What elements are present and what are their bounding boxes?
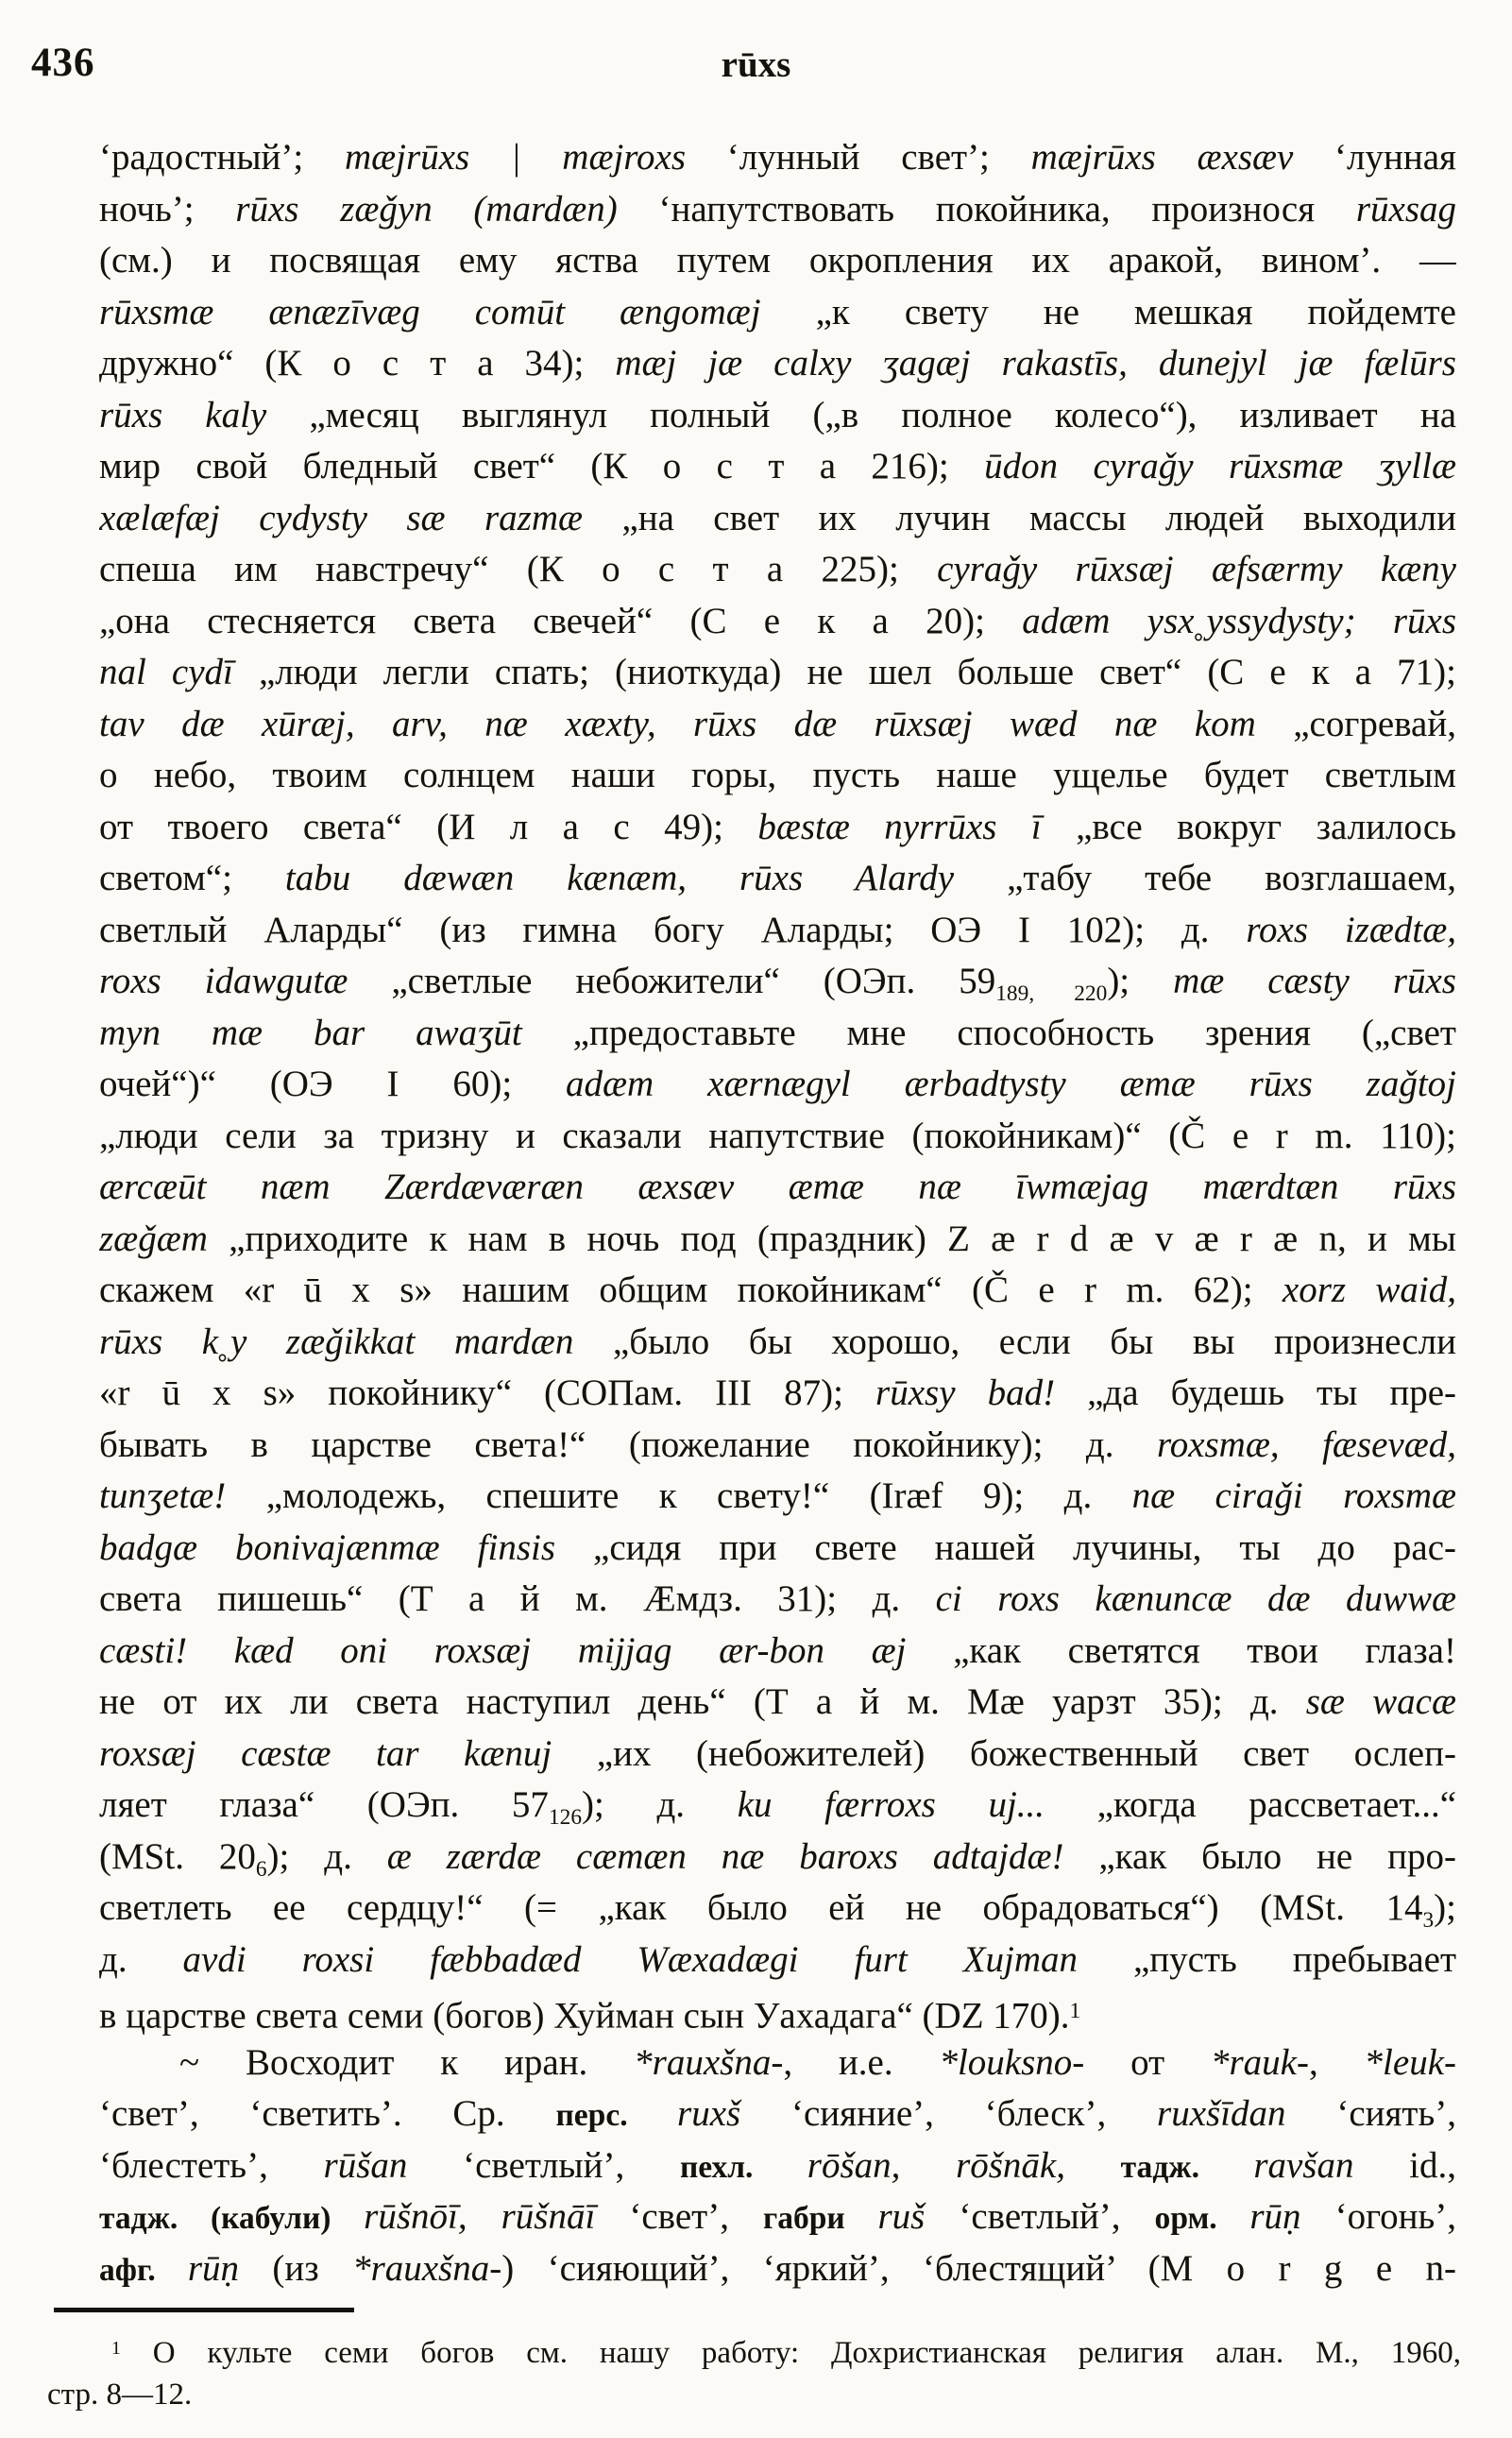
text-segment-sub: 6 <box>256 1857 267 1882</box>
text-segment-r: скажем «r ū x s» нашим общим покойникам“… <box>99 1270 1283 1310</box>
text-segment-r: „она стесняется света свечей“ (С е к а 2… <box>99 601 1022 641</box>
text-segment-i: *rauxšna- <box>352 2248 501 2289</box>
text-segment-r: (из <box>272 2248 352 2289</box>
entry-line: cæsti! kæd oni roxsæj mijjag ær-bon æj „… <box>99 1626 1456 1678</box>
entry-line: nal cydī „люди легли спать; (ниоткуда) н… <box>99 647 1456 699</box>
text-segment-r: ‘светлый’, <box>959 2196 1154 2237</box>
text-segment-i: tunʒetæ! <box>99 1475 266 1516</box>
text-segment-i: rūšnōī, rūšnāī <box>364 2196 629 2237</box>
text-segment-r: ‘блестеть’, <box>99 2145 324 2186</box>
text-segment-i: rūšan <box>324 2145 464 2186</box>
entry-line: бывать в царстве света!“ (пожелание поко… <box>99 1420 1456 1472</box>
text-segment-i: rūxs zæǧyn (mardæn) <box>235 189 658 230</box>
text-segment-r: не от их ли света наступил день“ (Т а й … <box>99 1681 1306 1722</box>
text-segment-r: ); д. <box>582 1784 738 1825</box>
entry-line: ночь’; rūxs zæǧyn (mardæn) ‘напутствоват… <box>99 184 1456 236</box>
text-segment-i: mæ cæsty rūxs <box>1173 961 1456 1001</box>
text-segment-i: adæm xærnægyl ærbadtysty æmæ rūxs zaǧtoj <box>566 1064 1456 1104</box>
text-segment-i: rūxs k˳y zæǧikkat mardæn <box>99 1321 613 1362</box>
text-segment-r: „месяц выглянул полный („в полное колесо… <box>309 395 1456 435</box>
footnote-line: 1 О культе семи богов см. нашу работу: Д… <box>47 2326 1461 2372</box>
page-number: 436 <box>31 40 95 86</box>
entry-line: д. avdi roxsi fæbbadæd Wæxadægi furt Xuj… <box>99 1935 1456 1986</box>
entry-line: ærcæūt næm Zærdæværæn æxsæv æmæ næ īwmæj… <box>99 1162 1456 1214</box>
text-segment-r: „молодежь, спешите к свету!“ (Iræf 9); д… <box>266 1475 1132 1516</box>
text-segment-i: nal cydī <box>99 652 259 692</box>
text-segment-r: очей“)“ (ОЭ I 60); <box>99 1064 566 1104</box>
text-segment-sub: 126 <box>549 1805 582 1830</box>
text-segment-r: от <box>1130 2042 1211 2083</box>
text-segment-r: ‘лунная <box>1334 137 1456 178</box>
text-segment-r: дружно“ (К о с т а 34); <box>99 343 615 384</box>
text-segment-i: ravšan <box>1253 2145 1409 2186</box>
entry-line: о небо, твоим солнцем наши горы, пусть н… <box>99 750 1456 802</box>
text-segment-r: ‘свет’, <box>629 2196 763 2237</box>
entry-line: спеша им навстречу“ (К о с т а 225); cyr… <box>99 544 1456 596</box>
text-segment-i: bæstæ nyrrūxs ī <box>757 807 1076 847</box>
footnote-separator <box>54 2308 354 2312</box>
text-segment-r: „предоставьте мне способность зрения („с… <box>573 1013 1456 1053</box>
text-segment-i: ūdon cyraǧy rūxsmæ ʒyllæ <box>984 446 1456 486</box>
text-segment-i: rūxsmæ ænæzīvæg comūt ængomæj <box>99 292 816 332</box>
text-segment-r: ‘сияние’, ‘блеск’, <box>791 2093 1157 2134</box>
text-segment-r: „как светятся твои глаза! <box>953 1630 1456 1671</box>
text-segment-r: от твоего света“ (И л а с 49); <box>99 807 757 847</box>
text-segment-r: стр. 8—12. <box>47 2378 192 2412</box>
text-segment-i: ci roxs kænuncæ dæ duwwæ <box>936 1578 1456 1619</box>
text-segment-i: ruxš <box>677 2093 791 2134</box>
text-segment-b: тадж. (кабули) <box>99 2201 364 2236</box>
text-segment-r: спеша им навстречу“ (К о с т а 225); <box>99 549 937 589</box>
text-segment-r: „сидя при свете нашей лучины, ты до рас- <box>593 1527 1456 1568</box>
text-segment-i: *rauk- <box>1211 2042 1309 2083</box>
footnote-line: стр. 8—12. <box>47 2372 1461 2418</box>
text-segment-r: ‘огонь’, <box>1335 2196 1456 2237</box>
text-segment-r: ); д. <box>267 1836 387 1877</box>
text-segment-r: „да будешь ты пре- <box>1087 1372 1456 1413</box>
text-segment-r: ‘радостный’; <box>99 137 345 178</box>
entry-line: светлый Аларды“ (из гимна богу Аларды; О… <box>99 905 1456 957</box>
footnote: 1 О культе семи богов см. нашу работу: Д… <box>47 2326 1461 2418</box>
entry-line: badgæ bonivajænmæ finsis „сидя при свете… <box>99 1523 1456 1575</box>
text-segment-r: д. <box>99 1939 183 1980</box>
entry-line: „она стесняется света свечей“ (С е к а 2… <box>99 596 1456 648</box>
text-segment-sup: 1 <box>111 2338 121 2359</box>
text-segment-r: ‘напутствовать покойника, произнося <box>659 189 1356 230</box>
entry-line: rūxs kaly „месяц выглянул полный („в пол… <box>99 390 1456 442</box>
text-segment-i: ruxšīdan <box>1157 2093 1336 2134</box>
text-segment-i: ærcæūt næm Zærdæværæn æxsæv æmæ næ īwmæj… <box>99 1167 1456 1207</box>
text-segment-b: пехл. <box>680 2150 807 2185</box>
entry-line: в царстве света семи (богов) Хуйман сын … <box>99 1986 1456 2037</box>
text-segment-i: ruš <box>877 2196 959 2237</box>
text-segment-r: ) ‘сияющий’, ‘яркий’, ‘блестящий’ (M o r… <box>501 2248 1456 2289</box>
text-segment-r: ‘лунный свет’; <box>727 137 1031 178</box>
text-segment-i: zæǧæm <box>99 1219 229 1259</box>
entry-line: не от их ли света наступил день“ (Т а й … <box>99 1677 1456 1729</box>
text-segment-r: „светлые небожители“ (ОЭп. 59 <box>391 961 995 1001</box>
entry-line: ~ Восходит к иран. *rauxšna-, и.е. *louk… <box>99 2037 1456 2089</box>
text-segment-r: «r ū x s» покойнику“ (СОПам. III 87); <box>99 1372 875 1413</box>
text-segment-r: „пусть пребывает <box>1133 1939 1456 1980</box>
text-segment-r: ночь’; <box>99 189 235 230</box>
text-segment-r: „было бы хорошо, если бы вы произнесли <box>613 1321 1456 1362</box>
text-segment-r: , и.е. <box>783 2042 939 2083</box>
entry-line: очей“)“ (ОЭ I 60); adæm xærnægyl ærbadty… <box>99 1059 1456 1111</box>
text-segment-b: тадж. <box>1121 2150 1254 2185</box>
entry-line: (MSt. 206); д. æ zærdæ cæmæn næ baroxs a… <box>99 1832 1456 1884</box>
entry-line: светом“; tabu dæwæn kænæm, rūxs Alardy „… <box>99 853 1456 905</box>
text-segment-i: adæm ysx˳yssydysty; rūxs <box>1022 601 1456 641</box>
text-segment-i: roxsmæ, fæsevæd, <box>1157 1424 1456 1465</box>
entry-line: (см.) и посвящая ему яства путем окропле… <box>99 235 1456 287</box>
text-segment-i: tabu dæwæn kænæm, rūxs Alardy <box>285 858 1007 898</box>
text-segment-i: *rauxšna- <box>634 2042 783 2083</box>
text-segment-i: cæsti! kæd oni roxsæj mijjag ær-bon æj <box>99 1630 953 1671</box>
text-segment-i: roxsæj cæstæ tar kænuj <box>99 1733 597 1774</box>
entry-line: rūxsmæ ænæzīvæg comūt ængomæj „к свету н… <box>99 287 1456 339</box>
entry-line: xælæfæj cydysty sæ razmæ „на свет их луч… <box>99 493 1456 545</box>
text-segment-i: næ ciraǧi roxsmæ <box>1132 1475 1456 1516</box>
text-segment-i: rūxsy bad! <box>875 1372 1087 1413</box>
text-segment-i: rōšan, rōšnāk, <box>807 2145 1121 2186</box>
entry-line: roxsæj cæstæ tar kænuj „их (небожителей)… <box>99 1729 1456 1781</box>
entry-line: от твоего света“ (И л а с 49); bæstæ nyr… <box>99 802 1456 854</box>
text-segment-r: О культе семи богов см. нашу работу: Дох… <box>121 2336 1461 2370</box>
text-segment-sub: 3 <box>1422 1908 1434 1933</box>
entry-line: ‘блестеть’, rūšan ‘светлый’, пехл. rōšan… <box>99 2140 1456 2192</box>
text-segment-b: орм. <box>1155 2201 1250 2236</box>
text-segment-r: (MSt. 20 <box>99 1836 256 1877</box>
entry-line: афг. rūṇ (из *rauxšna-) ‘сияющий’, ‘ярки… <box>99 2243 1456 2295</box>
text-segment-i: rūxsag <box>1356 189 1456 230</box>
entry-line: «r ū x s» покойнику“ (СОПам. III 87); rū… <box>99 1368 1456 1420</box>
text-segment-r: „приходите к нам в ночь под (праздник) Z… <box>229 1219 1456 1259</box>
entry-line: мир свой бледный свет“ (К о с т а 216); … <box>99 441 1456 493</box>
entry-line: дружно“ (К о с т а 34); mæj jæ calxy ʒag… <box>99 338 1456 390</box>
text-segment-b: афг. <box>99 2253 188 2288</box>
text-segment-r: ‘сиять’, <box>1336 2093 1456 2134</box>
text-segment-i: mæjrūxs | mæjroxs <box>345 137 727 178</box>
text-segment-i: rūxs kaly <box>99 395 309 435</box>
text-segment-r: ); <box>1107 961 1173 1001</box>
entry-line: тадж. (кабули) rūšnōī, rūšnāī ‘свет’, га… <box>99 2191 1456 2243</box>
text-segment-i: avdi roxsi fæbbadæd Wæxadægi furt Xujman <box>183 1939 1133 1980</box>
page-header: 436 rūxs <box>0 38 1512 94</box>
text-segment-r: „когда рассветает...“ <box>1045 1784 1456 1825</box>
text-segment-i: rūṇ <box>1249 2196 1334 2237</box>
entry-line: „люди сели за тризну и сказали напутстви… <box>99 1111 1456 1163</box>
text-segment-r: „табу тебе возглашаем, <box>1007 858 1456 898</box>
text-segment-i: myn mæ bar awaʒūt <box>99 1013 573 1053</box>
text-segment-r: светлый Аларды“ (из гимна богу Аларды; О… <box>99 910 1246 950</box>
entry-line: ‘свет’, ‘светить’. Ср. перс. ruxš ‘сияни… <box>99 2088 1456 2140</box>
text-segment-r: „к свету не мешкая пойдемте <box>816 292 1456 332</box>
entry-line: zæǧæm „приходите к нам в ночь под (празд… <box>99 1214 1456 1266</box>
text-segment-r: „их (небожителей) божественный свет осле… <box>597 1733 1456 1774</box>
text-segment-r: „люди сели за тризну и сказали напутстви… <box>99 1116 1456 1156</box>
entry-line: tunʒetæ! „молодежь, спешите к свету!“ (I… <box>99 1471 1456 1523</box>
entry-line: света пишешь“ (Т а й м. Æмдз. 31); д. ci… <box>99 1574 1456 1626</box>
text-segment-r: „все вокруг залилось <box>1076 807 1456 847</box>
text-segment-r: „на свет их лучин массы людей выходили <box>621 498 1456 538</box>
text-segment-r: ляет глаза“ (ОЭп. 57 <box>99 1784 549 1825</box>
text-segment-r: ~ Восходит к иран. <box>179 2042 634 2083</box>
text-segment-r: ); <box>1434 1887 1456 1928</box>
running-head: rūxs <box>722 43 791 86</box>
text-segment-r: ‘свет’, ‘светить’. Ср. <box>99 2093 555 2134</box>
text-segment-i: rūṇ <box>188 2248 273 2289</box>
text-segment-b: габри <box>763 2201 877 2236</box>
text-segment-i: tav dæ xūræj, arv, næ xæxty, rūxs dæ rūx… <box>99 704 1293 744</box>
text-segment-i: roxs izædtæ, <box>1246 910 1456 950</box>
text-segment-i: *louksno- <box>939 2042 1130 2083</box>
text-segment-i: ku færroxs uj... <box>738 1784 1045 1825</box>
text-segment-i: roxs idawgutæ <box>99 961 391 1001</box>
text-segment-i: badgæ bonivajænmæ finsis <box>99 1527 593 1568</box>
text-segment-b: перс. <box>555 2098 677 2133</box>
text-segment-r: „как было не про- <box>1098 1836 1456 1877</box>
text-segment-i: sæ wacæ <box>1306 1681 1456 1722</box>
text-segment-r: светлеть ее сердцу!“ (= „как было ей не … <box>99 1887 1422 1928</box>
text-segment-r: id., <box>1409 2145 1456 2186</box>
text-segment-r: (см.) и посвящая ему яства путем окропле… <box>99 240 1456 281</box>
entry-line: myn mæ bar awaʒūt „предоставьте мне спос… <box>99 1008 1456 1060</box>
entry-line: roxs idawgutæ „светлые небожители“ (ОЭп.… <box>99 956 1456 1008</box>
entry-line: ‘радостный’; mæjrūxs | mæjroxs ‘лунный с… <box>99 132 1456 184</box>
text-segment-sup: 1 <box>1070 1999 1081 2023</box>
entry-line: rūxs k˳y zæǧikkat mardæn „было бы хорошо… <box>99 1317 1456 1369</box>
text-segment-r: бывать в царстве света!“ (пожелание поко… <box>99 1424 1157 1465</box>
text-segment-r: ‘светлый’, <box>463 2145 680 2186</box>
text-segment-r: „согревай, <box>1293 704 1456 744</box>
book-page: 436 rūxs ‘радостный’; mæjrūxs | mæjroxs … <box>0 0 1512 2438</box>
entry-line: светлеть ее сердцу!“ (= „как было ей не … <box>99 1883 1456 1935</box>
text-segment-r: , <box>1309 2042 1365 2083</box>
entry-line: скажем «r ū x s» нашим общим покойникам“… <box>99 1265 1456 1317</box>
text-segment-sub: 189, 220 <box>995 981 1107 1006</box>
text-segment-r: мир свой бледный свет“ (К о с т а 216); <box>99 446 984 486</box>
entry-line: ляет глаза“ (ОЭп. 57126); д. ku færroxs … <box>99 1780 1456 1832</box>
text-segment-r: света пишешь“ (Т а й м. Æмдз. 31); д. <box>99 1578 936 1619</box>
text-segment-i: mæjrūxs æxsæv <box>1031 137 1334 178</box>
text-segment-r: светом“; <box>99 858 285 898</box>
entry-line: tav dæ xūræj, arv, næ xæxty, rūxs dæ rūx… <box>99 699 1456 751</box>
text-segment-i: *leuk- <box>1365 2042 1456 2083</box>
text-segment-i: xorz waid, <box>1283 1270 1456 1310</box>
text-segment-i: mæj jæ calxy ʒagæj rakastīs, dunejyl jæ … <box>615 343 1456 384</box>
dictionary-entry: ‘радостный’; mæjrūxs | mæjroxs ‘лунный с… <box>99 132 1456 2294</box>
text-segment-i: cyraǧy rūxsæj æfsærmy kæny <box>937 549 1456 589</box>
text-segment-r: в царстве света семи (богов) Хуйман сын … <box>99 1996 1070 2037</box>
text-segment-i: xælæfæj cydysty sæ razmæ <box>99 498 621 538</box>
text-segment-r: „люди легли спать; (ниоткуда) не шел бол… <box>259 652 1456 692</box>
text-segment-r: о небо, твоим солнцем наши горы, пусть н… <box>99 755 1456 795</box>
text-segment-i: æ zærdæ cæmæn næ baroxs adtajdæ! <box>387 1836 1099 1877</box>
